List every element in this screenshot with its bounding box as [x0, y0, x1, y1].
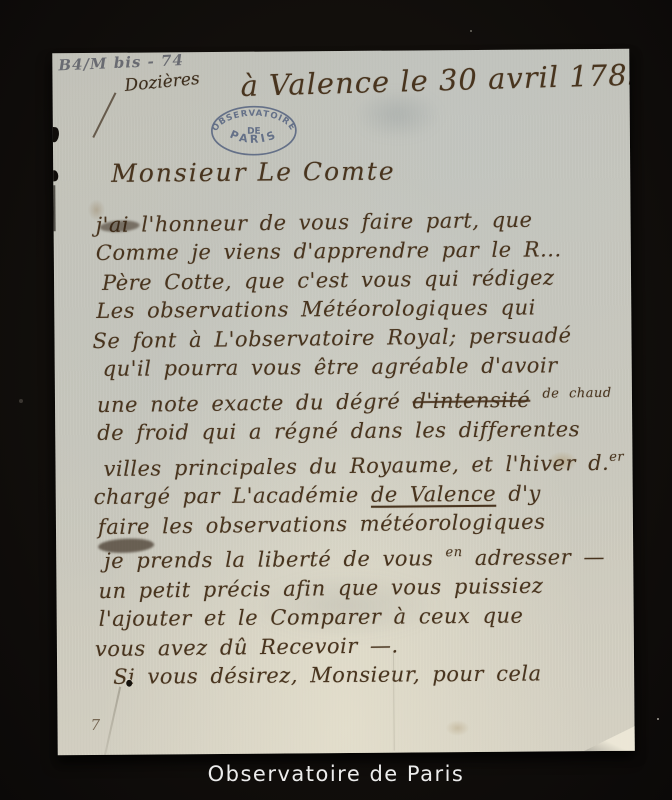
corner-fold	[582, 726, 635, 752]
signature-flourish	[92, 92, 116, 138]
observatory-stamp-icon: OBSERVATOIRE DE PARIS	[208, 103, 300, 158]
letter-dateline: à Valence le 30 avril 1789	[240, 57, 635, 103]
paper-crease	[103, 687, 121, 756]
archival-reference: B4/M bis - 74	[58, 51, 184, 74]
manuscript-line-7: une note exacte du dégré d'intensité de …	[97, 379, 625, 420]
letter-body: j'ai l'honneur de vous faire part, queCo…	[95, 206, 627, 692]
manuscript-line-12: je prends la liberté de vous en adresser…	[104, 537, 626, 576]
manuscript-line-16: Si vous désirez, Monsieur, pour cela	[113, 659, 627, 692]
caption-text: Observatoire de Paris	[0, 762, 672, 786]
manuscript-line-9: villes principales du Royaume, et l'hive…	[103, 443, 625, 484]
dust-speck	[657, 718, 659, 720]
letter-salutation: Monsieur Le Comte	[111, 157, 396, 188]
page-number-annotation: 7	[90, 716, 100, 734]
paper-hole	[126, 680, 132, 687]
letter-page: B4/M bis - 74 Dozières à Valence le 30 a…	[52, 49, 634, 756]
paper-stain	[446, 720, 470, 736]
torn-edge-notch	[52, 127, 59, 143]
scan-viewer: B4/M bis - 74 Dozières à Valence le 30 a…	[0, 0, 672, 800]
torn-edge-notch	[52, 170, 59, 182]
archivist-signature: Dozières	[124, 69, 201, 96]
torn-edge-notch	[52, 185, 55, 231]
